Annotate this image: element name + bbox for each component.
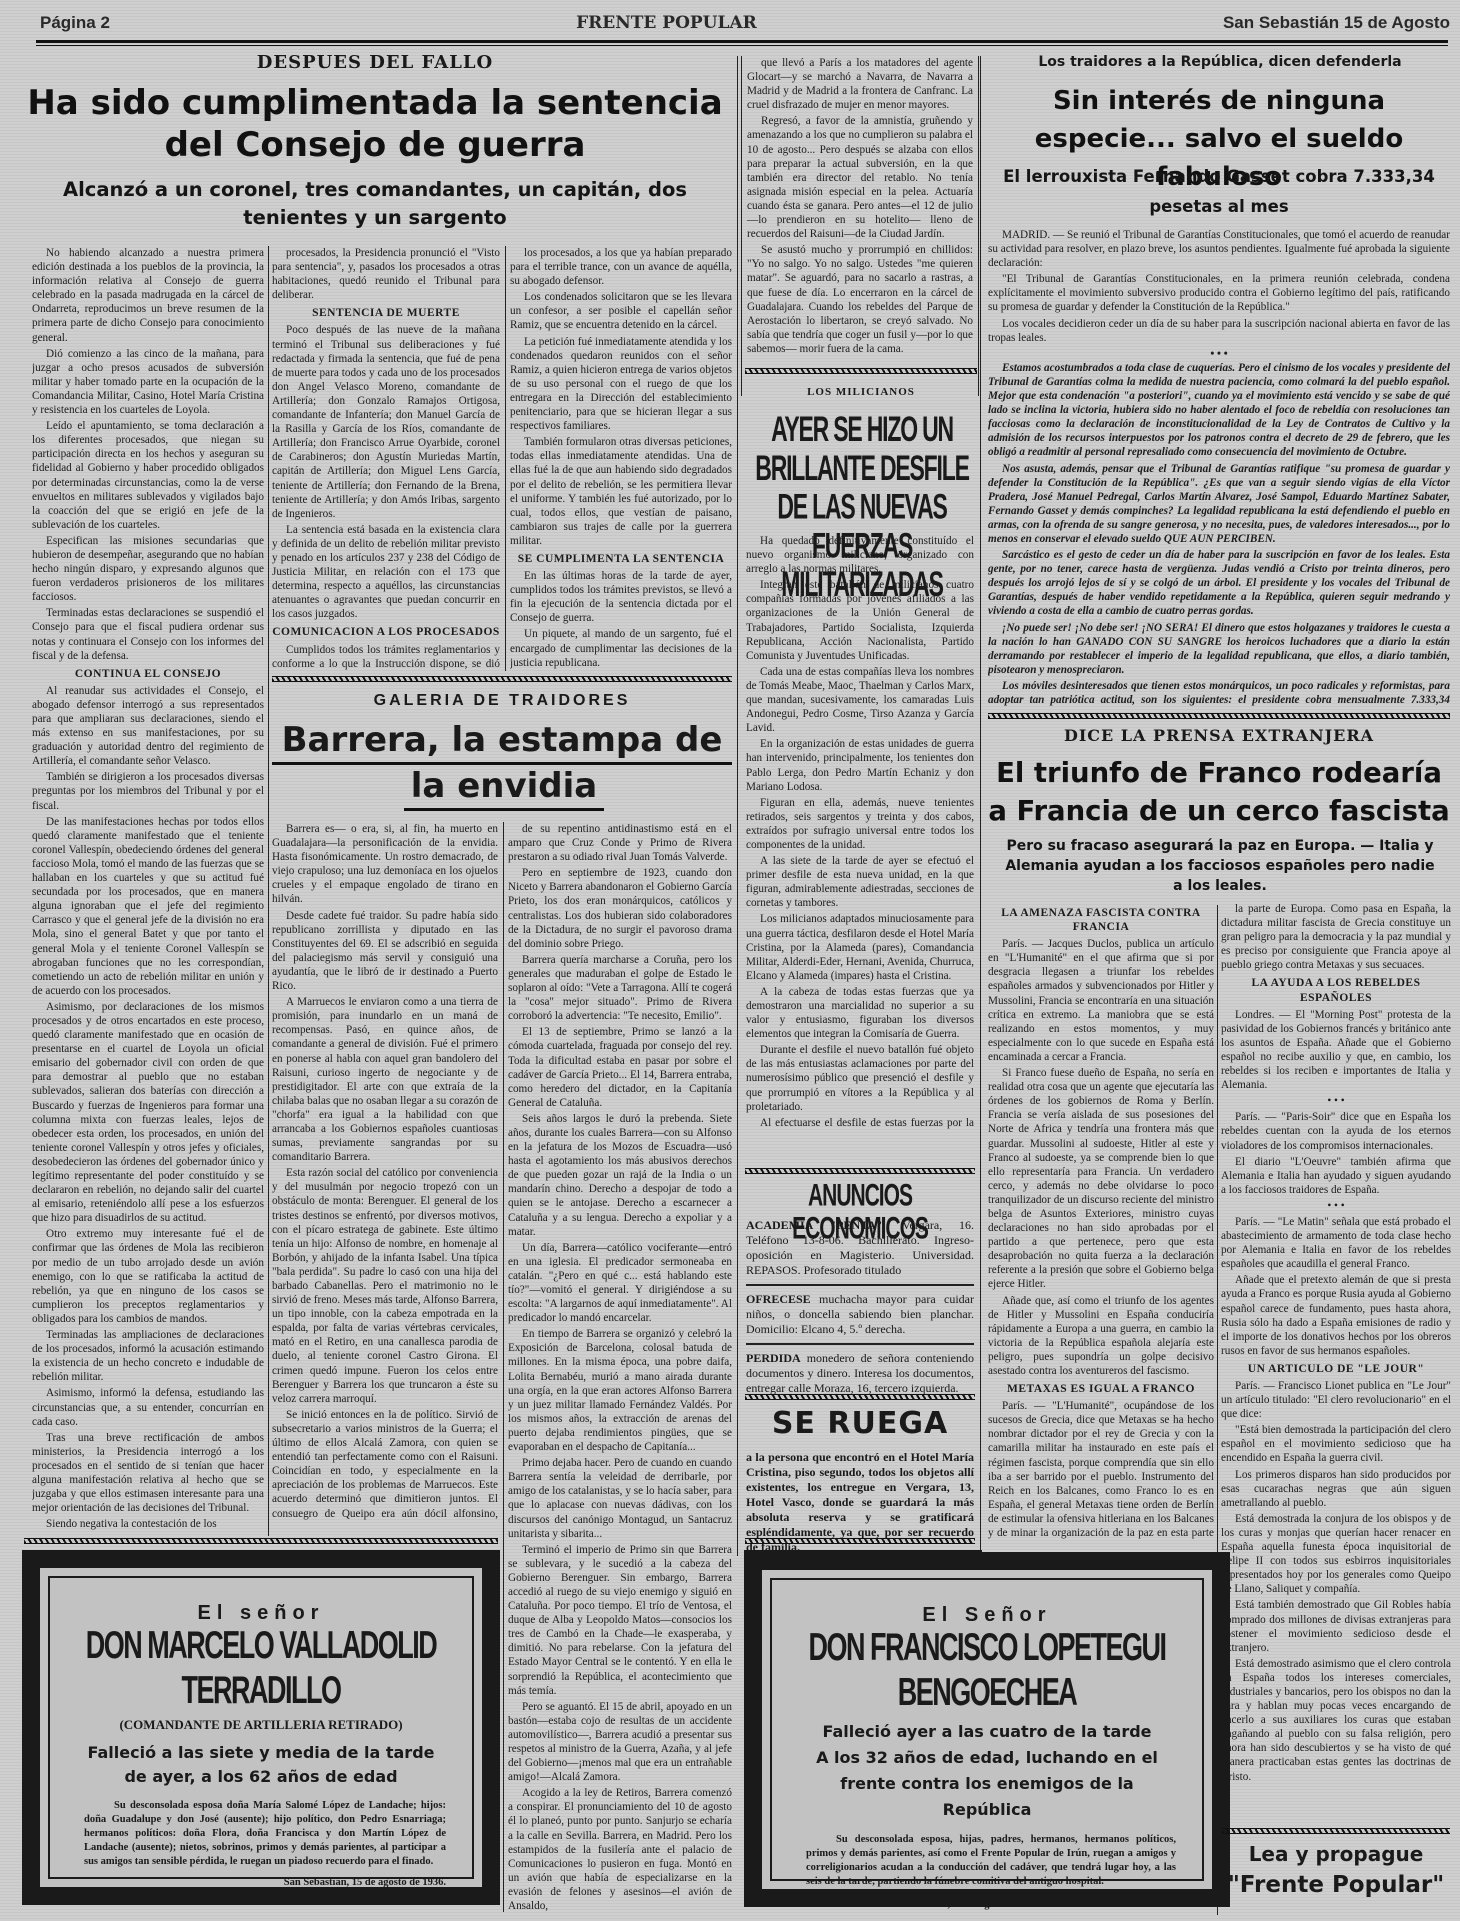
- masthead-rule: [36, 40, 1448, 46]
- paragraph: Si Franco fuese dueño de España, no serí…: [988, 1066, 1214, 1292]
- paragraph: Asimismo, informó la defensa, estudiando…: [32, 1386, 264, 1428]
- newspaper-page: Página 2 FRENTE POPULAR San Sebastián 15…: [0, 0, 1460, 1921]
- paragraph: "Está bien demostrada la participación d…: [1221, 1423, 1451, 1465]
- paragraph: También formularon otras diversas petici…: [510, 435, 732, 548]
- paragraph: Está demostrado asimismo que el clero co…: [1221, 1657, 1451, 1782]
- paragraph: París. — "L'Humanité", ocupándose de los…: [988, 1399, 1214, 1542]
- paragraph: También se dirigieron a los procesados d…: [32, 770, 264, 812]
- paragraph: Terminadas las ampliaciones de declaraci…: [32, 1328, 264, 1384]
- paragraph: los procesados, a los que ya habían prep…: [510, 246, 732, 288]
- paragraph: • • •: [1221, 1199, 1451, 1213]
- paragraph: Pero en septiembre de 1923, cuando don N…: [508, 866, 732, 951]
- sentencia-deck: Alcanzó a un coronel, tres comandantes, …: [25, 176, 725, 232]
- se-ruega-title: SE RUEGA: [745, 1406, 975, 1441]
- sentencia-column-2: procesados, la Presidencia pronunció el …: [272, 246, 500, 671]
- barrera-kicker: GALERIA DE TRAIDORES: [272, 692, 732, 710]
- paragraph: París. — Jacques Duclos, publica un artí…: [988, 937, 1214, 1064]
- paragraph: Ha quedado definitivamente constituído e…: [746, 534, 974, 576]
- paragraph: París. — "Paris-Soir" dice que en España…: [1221, 1110, 1451, 1152]
- paragraph: París. — "Le Matin" señala que está prob…: [1221, 1215, 1451, 1271]
- paragraph: Regresó, a favor de la amnistía, gruñend…: [747, 114, 973, 241]
- editorial-commentary: Estamos acostumbrados a toda clase de cu…: [988, 361, 1450, 708]
- obituary-date: San Sebastián, 15 de agosto de 1936.: [76, 1877, 446, 1888]
- paragraph: La sentencia está basada en la existenci…: [272, 523, 500, 622]
- paragraph: En tiempo de Barrera se organizó y celeb…: [508, 1327, 732, 1454]
- paragraph: Nos asusta, además, pensar que el Tribun…: [988, 462, 1450, 547]
- column-rule: [980, 56, 981, 1556]
- paragraph: Poco después de las nueve de la mañana t…: [272, 323, 500, 520]
- barrera-headline-1: Barrera, la estampa de: [272, 720, 732, 765]
- hatched-divider: [745, 1538, 975, 1544]
- obituary-text: Su desconsolada esposa, hijas, padres, h…: [798, 1833, 1176, 1889]
- paragraph: la parte de Europa. Como pasa en España,…: [1221, 902, 1451, 972]
- paragraph: No habiendo alcanzado a nuestra primera …: [32, 246, 264, 345]
- obituary-died: Falleció ayer a las cuatro de la tarde: [798, 1719, 1176, 1745]
- subheading: SE CUMPLIMENTA LA SENTENCIA: [510, 552, 732, 566]
- obituary-name: DON MARCELO VALLADOLID TERRADILLO: [76, 1623, 446, 1713]
- sentencia-column-1: No habiendo alcanzado a nuestra primera …: [32, 246, 264, 1536]
- paragraph: Un piquete, al mando de un sargento, fué…: [510, 627, 732, 669]
- separator: • • •: [988, 347, 1450, 361]
- paragraph: Dió comienzo a las cinco de la mañana, p…: [32, 347, 264, 417]
- paragraph: de su repentino antidinastismo está en e…: [508, 822, 732, 864]
- paragraph: Integran este batallón de milicianos cua…: [746, 578, 974, 663]
- subheading: LA AMENAZA FASCISTA CONTRA FRANCIA: [988, 906, 1214, 934]
- barrera-column-2: de su repentino antidinastismo está en e…: [508, 822, 732, 1912]
- obituary-marcelo: El señor DON MARCELO VALLADOLID TERRADIL…: [22, 1550, 500, 1905]
- paragraph: Otro extremo muy interesante fué el de c…: [32, 1227, 264, 1326]
- column-rule: [503, 822, 504, 1912]
- paragraph: Especifican las misiones secundarias que…: [32, 534, 264, 604]
- prensa-column-2: la parte de Europa. Como pasa en España,…: [1221, 902, 1451, 1782]
- paragraph: ¡No puede ser! ¡No debe ser! ¡NO SERA! E…: [988, 621, 1450, 677]
- column-rule: [505, 246, 506, 671]
- paragraph: Esta razón social del católico por conve…: [272, 1166, 498, 1406]
- hatched-divider: [24, 1538, 498, 1544]
- obituary-text: Su desconsolada esposa doña María Salomé…: [76, 1799, 446, 1869]
- boxed-continuation: que llevó a París a los matadores del ag…: [741, 56, 979, 396]
- paper-name: FRENTE POPULAR: [576, 13, 757, 33]
- prensa-headline: El triunfo de Franco rodearía a Francia …: [984, 754, 1454, 830]
- paragraph: En las últimas horas de la tarde de ayer…: [510, 569, 732, 625]
- classified-ad: OFRECESE muchacha mayor para cuidar niño…: [746, 1284, 974, 1343]
- paragraph: Los milicianos adaptados minuciosamente …: [746, 912, 974, 982]
- classified-ad: ACADEMIA "PENTA". Vergara, 16. Teléfono …: [746, 1218, 974, 1284]
- obituary-died: Falleció a las siete y media de la tarde…: [76, 1741, 446, 1789]
- subheading: SENTENCIA DE MUERTE: [272, 306, 500, 320]
- prensa-column-1: LA AMENAZA FASCISTA CONTRA FRANCIAParís.…: [988, 902, 1214, 1542]
- prensa-kicker: DICE LA PRENSA EXTRANJERA: [988, 726, 1450, 745]
- hatched-divider: [745, 368, 977, 374]
- paragraph: Asimismo, por declaraciones de los mismo…: [32, 1000, 264, 1226]
- paragraph: París. — Francisco Lionet publica en "Le…: [1221, 1379, 1451, 1421]
- paragraph: MADRID. — Se reunió el Tribunal de Garan…: [988, 228, 1450, 270]
- obituary-rank: (COMANDANTE DE ARTILLERIA RETIRADO): [76, 1717, 446, 1733]
- gasset-kicker: Los traidores a la República, dicen defe…: [990, 54, 1450, 70]
- promo-line-1: Lea y propague: [1222, 1842, 1450, 1866]
- paragraph: Barrera quería marcharse a Coruña, pero …: [508, 953, 732, 1023]
- paragraph: Londres. — El "Morning Post" protesta de…: [1221, 1008, 1451, 1093]
- paragraph: Seis años largos le duró la prebenda. Si…: [508, 1112, 732, 1239]
- paragraph: El 13 de septiembre, Primo se lanzó a la…: [508, 1025, 732, 1110]
- subheading: UN ARTICULO DE "LE JOUR": [1221, 1362, 1451, 1376]
- paragraph: Añade que, así como el triunfo de los ag…: [988, 1294, 1214, 1379]
- paragraph: Pero se aguantó. El 15 de abril, apoyado…: [508, 1700, 732, 1785]
- paragraph: La petición fué inmediatamente atendida …: [510, 335, 732, 434]
- sentencia-headline: Ha sido cumplimentada la sentencia del C…: [20, 82, 730, 166]
- sentencia-kicker: DESPUES DEL FALLO: [30, 52, 720, 73]
- obituary-address: Domicilio: Mayor, 12, tercero.: [76, 1892, 446, 1903]
- gasset-body: MADRID. — Se reunió el Tribunal de Garan…: [988, 228, 1450, 708]
- date-line: San Sebastián 15 de Agosto: [1223, 13, 1450, 33]
- subheading: LA AYUDA A LOS REBELDES ESPAÑOLES: [1221, 976, 1451, 1004]
- obituary-title: El señor: [76, 1602, 446, 1625]
- paragraph: Terminadas estas declaraciones se suspen…: [32, 606, 264, 662]
- paragraph: Está también demostrado que Gil Robles h…: [1221, 1598, 1451, 1654]
- boxed-continuation-text: que llevó a París a los matadores del ag…: [747, 56, 973, 356]
- paragraph: Los primeros disparos han sido producido…: [1221, 1468, 1451, 1510]
- paragraph: A la cabeza de todas estas fuerzas que y…: [746, 985, 974, 1041]
- classifieds-list: ACADEMIA "PENTA". Vergara, 16. Teléfono …: [746, 1218, 974, 1402]
- hatched-divider: [272, 676, 732, 682]
- obituary-date: Irún, 15 de agosto de 1936.: [798, 1899, 1176, 1910]
- promo-line-2: "Frente Popular": [1222, 1872, 1450, 1898]
- hatched-divider: [988, 713, 1450, 719]
- subheading: METAXAS ES IGUAL A FRANCO: [988, 1382, 1214, 1396]
- paragraph: De las manifestaciones hechas por todos …: [32, 815, 264, 998]
- barrera-column-1: Barrera es— o era, si, al fin, ha muerto…: [272, 822, 498, 1522]
- milicianos-body: Ha quedado definitivamente constituído e…: [746, 534, 974, 1132]
- paragraph: Siendo negativa la contestación de los: [32, 1517, 264, 1531]
- paragraph: que llevó a París a los matadores del ag…: [747, 56, 973, 112]
- masthead: Página 2 FRENTE POPULAR San Sebastián 15…: [40, 8, 1450, 38]
- gasset-deck: El lerrouxista Fernando Gasset cobra 7.3…: [984, 162, 1454, 222]
- column-rule: [737, 56, 738, 1556]
- hatched-divider: [745, 1394, 975, 1400]
- paragraph: Primo dejaba hacer. Pero de cuando en cu…: [508, 1456, 732, 1541]
- paragraph: Desde cadete fué traidor. Su padre había…: [272, 909, 498, 994]
- paragraph: Sarcástico es el gesto de ceder un día d…: [988, 548, 1450, 618]
- milicianos-kicker: LOS MILICIANOS: [745, 386, 977, 398]
- paragraph: Cumplidos todos los trámites reglamentar…: [272, 643, 500, 671]
- paragraph: Terminó el imperio de Primo sin que Barr…: [508, 1543, 732, 1698]
- hatched-divider: [1222, 1828, 1450, 1834]
- obituary-died-detail: A los 32 años de edad, luchando en el fr…: [798, 1745, 1176, 1823]
- barrera-headline-2: la envidia: [404, 766, 604, 811]
- paragraph: Los vocales decidieron ceder un día de s…: [988, 317, 1450, 345]
- paragraph: Leído el apuntamiento, se toma declaraci…: [32, 419, 264, 532]
- paragraph: El diario "L'Oeuvre" también afirma que …: [1221, 1155, 1451, 1197]
- paragraph: A Marruecos le enviaron como a una tierr…: [272, 995, 498, 1164]
- paragraph: Al efectuarse el desfile de estas fuerza…: [746, 1116, 974, 1132]
- obituary-lopetegui: El Señor DON FRANCISCO LOPETEGUI BENGOEC…: [744, 1552, 1230, 1907]
- subheading: CONTINUA EL CONSEJO: [32, 667, 264, 681]
- paragraph: Al reanudar sus actividades el Consejo, …: [32, 684, 264, 769]
- paragraph: Durante el desfile el nuevo batallón fué…: [746, 1043, 974, 1113]
- page-label: Página 2: [40, 13, 110, 33]
- paragraph: Está demostrada la conjura de los obispo…: [1221, 1512, 1451, 1597]
- paragraph: procesados, la Presidencia pronunció el …: [272, 246, 500, 302]
- paragraph: Estamos acostumbrados a toda clase de cu…: [988, 361, 1450, 460]
- paragraph: Añade que el pretexto alemán de que si p…: [1221, 1273, 1451, 1358]
- paragraph: Los condenados solicitaron que se les ll…: [510, 290, 732, 332]
- prensa-deck: Pero su fracaso asegurará la paz en Euro…: [1000, 836, 1440, 896]
- subheading: COMUNICACION A LOS PROCESADOS: [272, 625, 500, 639]
- paragraph: "El Tribunal de Garantías Constitucional…: [988, 272, 1450, 314]
- paragraph: Los móviles desinteresados que tienen es…: [988, 679, 1450, 708]
- column-rule: [268, 246, 269, 1536]
- sentencia-column-3: los procesados, a los que ya habían prep…: [510, 246, 732, 671]
- paragraph: Cada una de estas compañías lleva los no…: [746, 665, 974, 735]
- paragraph: A las siete de la tarde de ayer se efect…: [746, 854, 974, 910]
- paragraph: En la organización de estas unidades de …: [746, 737, 974, 793]
- paragraph: Se inició entonces en la de político. Si…: [272, 1408, 498, 1522]
- paragraph: Barrera es— o era, si, al fin, ha muerto…: [272, 822, 498, 907]
- paragraph: Figuran en ella, además, nueve tenientes…: [746, 796, 974, 852]
- paragraph: • • •: [1221, 1094, 1451, 1108]
- paragraph: Tras una breve rectificación de ambos mi…: [32, 1431, 264, 1516]
- paragraph: Acogido a la ley de Retiros, Barrera com…: [508, 1786, 732, 1912]
- obituary-name: DON FRANCISCO LOPETEGUI BENGOECHEA: [798, 1625, 1176, 1715]
- paragraph: Se asustó mucho y prorrumpió en chillido…: [747, 243, 973, 356]
- hatched-divider: [745, 1168, 975, 1174]
- obituary-title: El Señor: [798, 1604, 1176, 1627]
- paragraph: Un día, Barrera—católico vociferante—ent…: [508, 1241, 732, 1326]
